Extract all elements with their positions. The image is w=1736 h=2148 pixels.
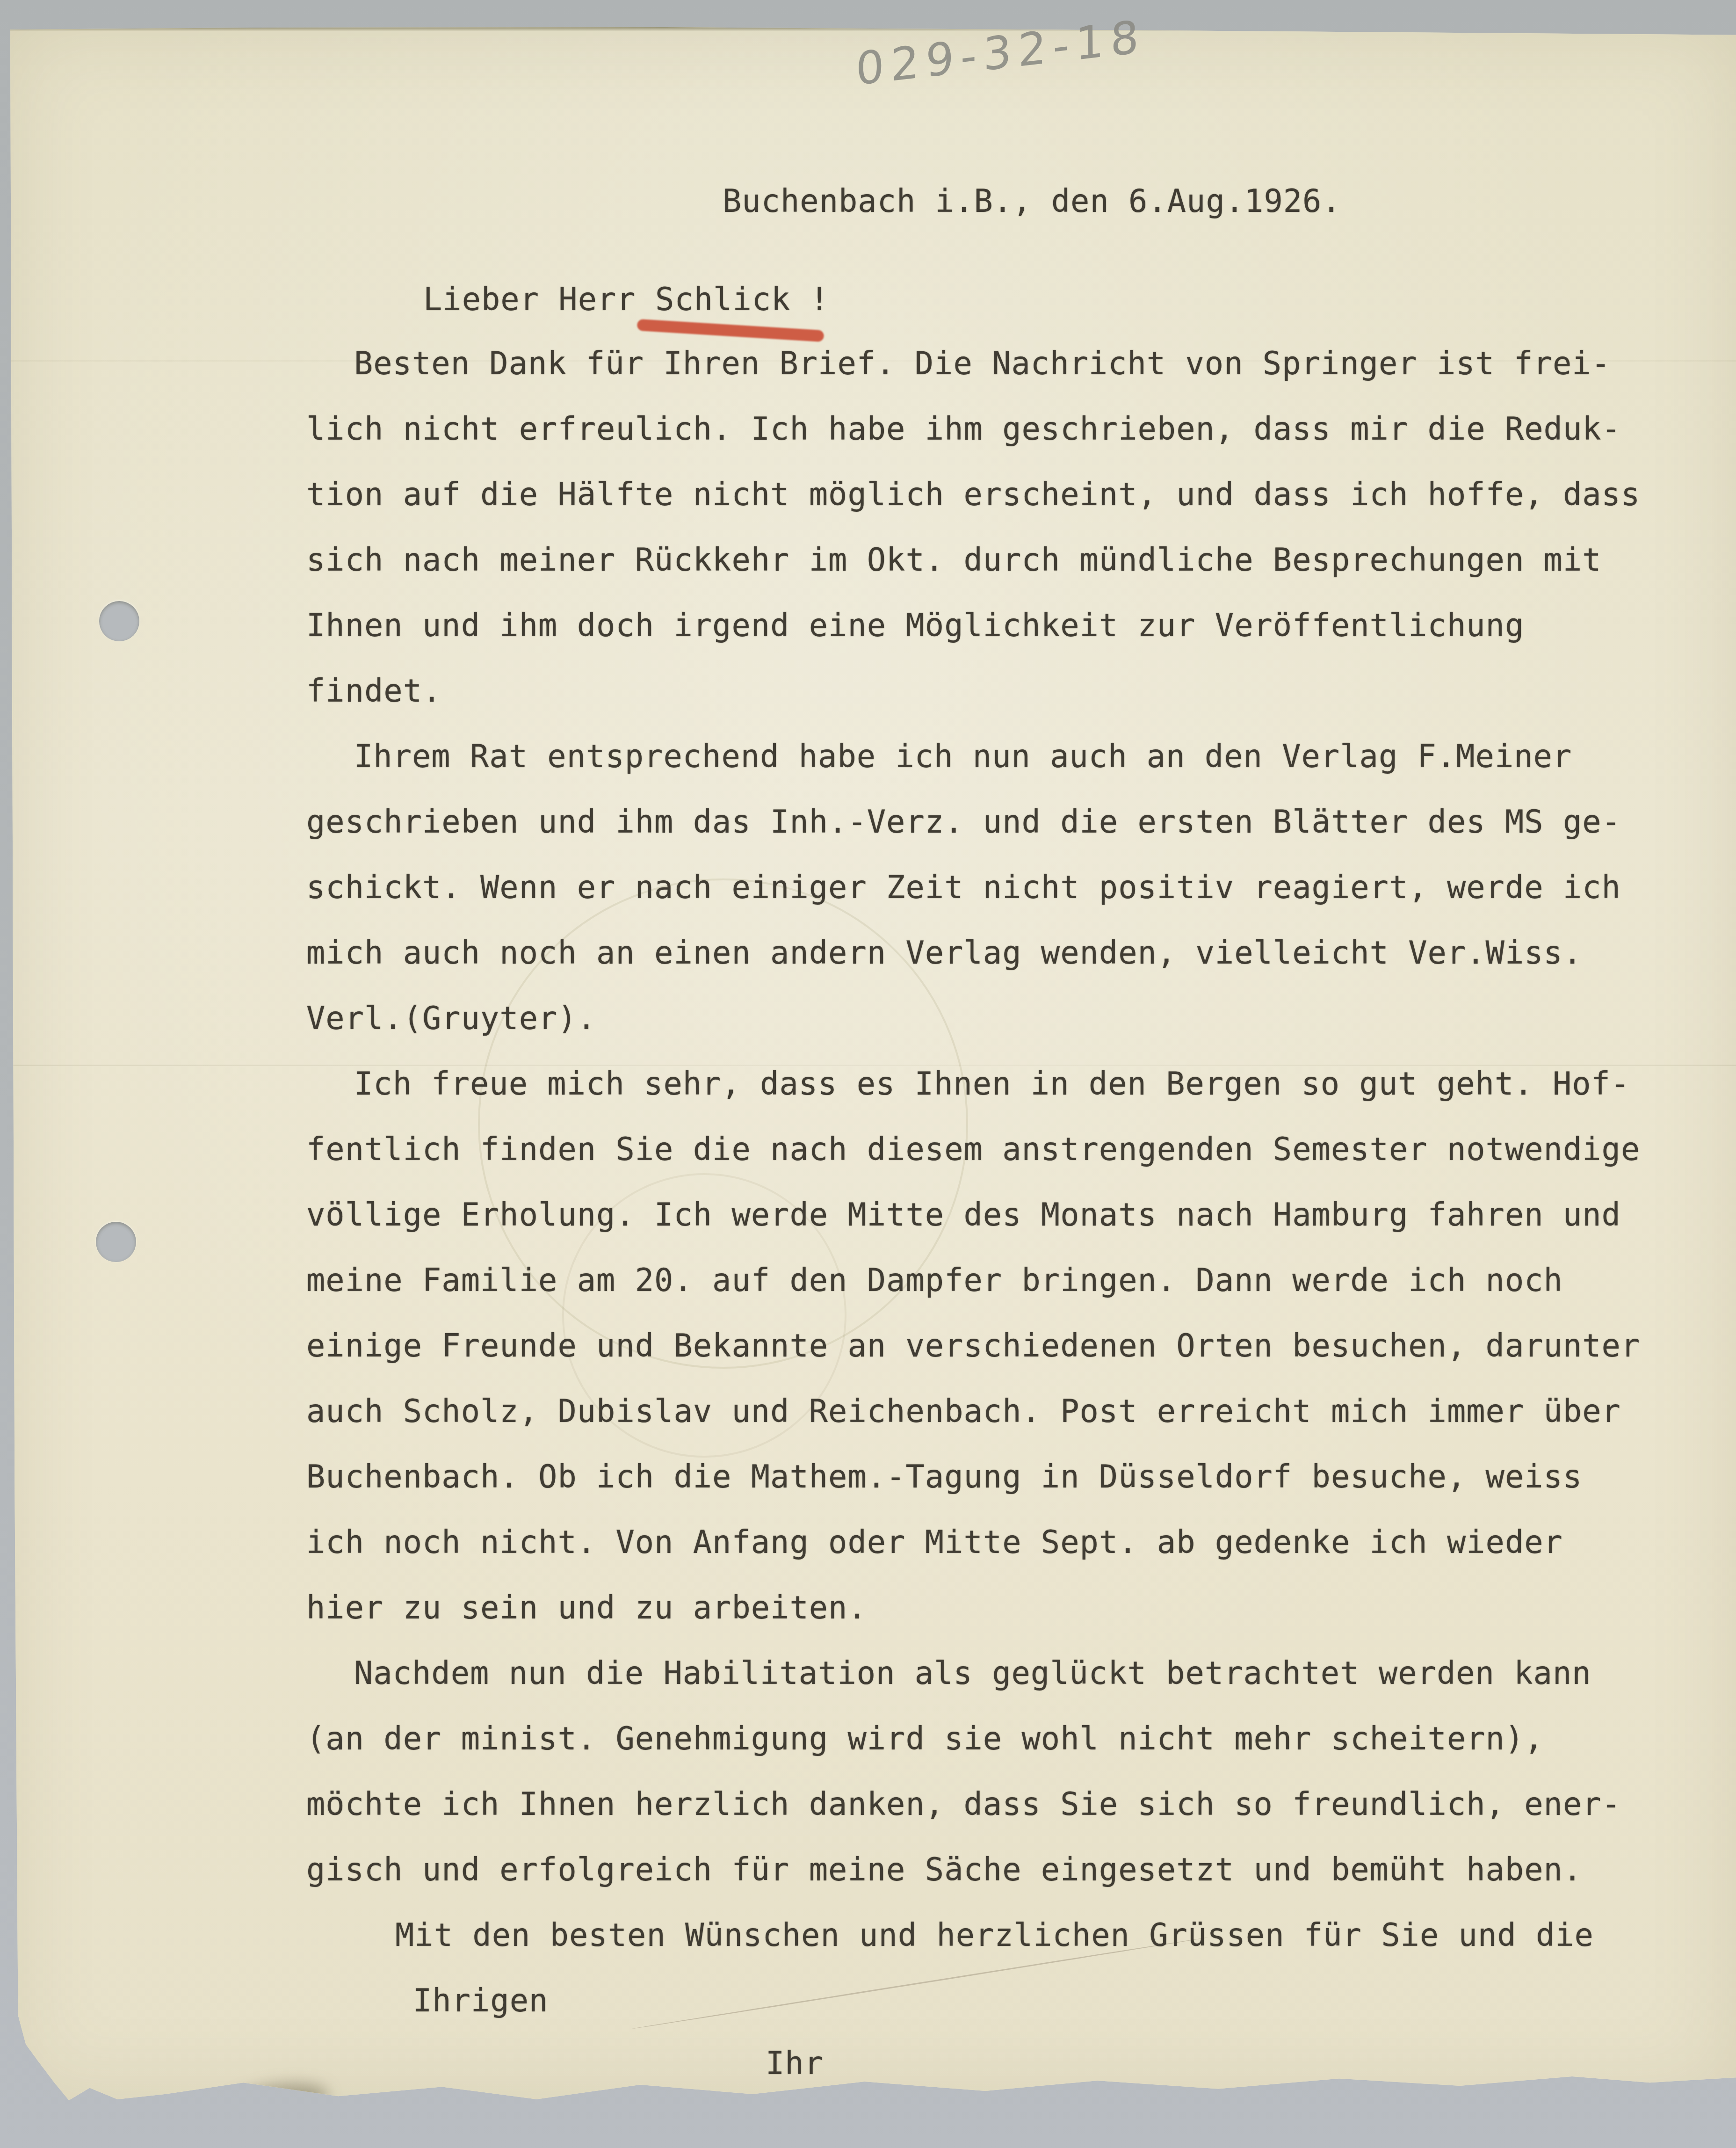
letter-line: einige Freunde und Bekannte an verschied… [306,1313,1686,1379]
letter-line: Nachdem nun die Habilitation als geglück… [306,1640,1686,1706]
letter-line: Besten Dank für Ihren Brief. Die Nachric… [306,331,1686,396]
closing-line: Ihrigen [306,1968,1686,2033]
letter-line: auch Scholz, Dubislav und Reichenbach. P… [306,1379,1686,1444]
punch-hole-bottom [96,1222,136,1262]
letter-line: lich nicht erfreulich. Ich habe ihm gesc… [306,396,1686,462]
paper-top-edge [10,27,1736,31]
letter-line: findet. [306,658,1686,724]
signoff-line: Ihr [306,2033,1686,2093]
letter-line: hier zu sein und zu arbeiten. [306,1575,1686,1640]
letter-line: möchte ich Ihnen herzlich danken, dass S… [306,1771,1686,1837]
letter-line: ich noch nicht. Von Anfang oder Mitte Se… [306,1509,1686,1575]
letter-line: Ich freue mich sehr, dass es Ihnen in de… [306,1051,1686,1117]
letter-line: meine Familie am 20. auf den Dampfer bri… [306,1248,1686,1313]
letter-line: mich auch noch an einen andern Verlag we… [306,920,1686,986]
punch-hole-top [99,601,139,641]
letter-line: fentlich finden Sie die nach diesem anst… [306,1117,1686,1182]
letter-line: schickt. Wenn er nach einiger Zeit nicht… [306,855,1686,920]
letter-line: Ihnen und ihm doch irgend eine Möglichke… [306,593,1686,658]
letter-body: Besten Dank für Ihren Brief. Die Nachric… [306,331,1686,2093]
letter-line: völlige Erholung. Ich werde Mitte des Mo… [306,1182,1686,1248]
letter-line: (an der minist. Genehmigung wird sie woh… [306,1706,1686,1771]
letter-line: Buchenbach. Ob ich die Mathem.-Tagung in… [306,1444,1686,1509]
salutation: Lieber Herr Schlick ! [423,282,829,317]
letter-line: gisch und erfolgreich für meine Säche ei… [306,1837,1686,1902]
letter-line: sich nach meiner Rückkehr im Okt. durch … [306,527,1686,593]
scanned-letter-page: { "annotation": { "archive_number": "029… [0,0,1736,2148]
letter-line: Verl.(Gruyter). [306,986,1686,1051]
closing-line: Mit den besten Wünschen und herzlichen G… [306,1902,1686,1968]
dateline: Buchenbach i.B., den 6.Aug.1926. [723,183,1341,219]
letter-paragraphs: Besten Dank für Ihren Brief. Die Nachric… [306,331,1686,1902]
letter-line: tion auf die Hälfte nicht möglich ersche… [306,462,1686,527]
letter-line: geschrieben und ihm das Inh.-Verz. und d… [306,789,1686,855]
letter-line: Ihrem Rat entsprechend habe ich nun auch… [306,724,1686,789]
